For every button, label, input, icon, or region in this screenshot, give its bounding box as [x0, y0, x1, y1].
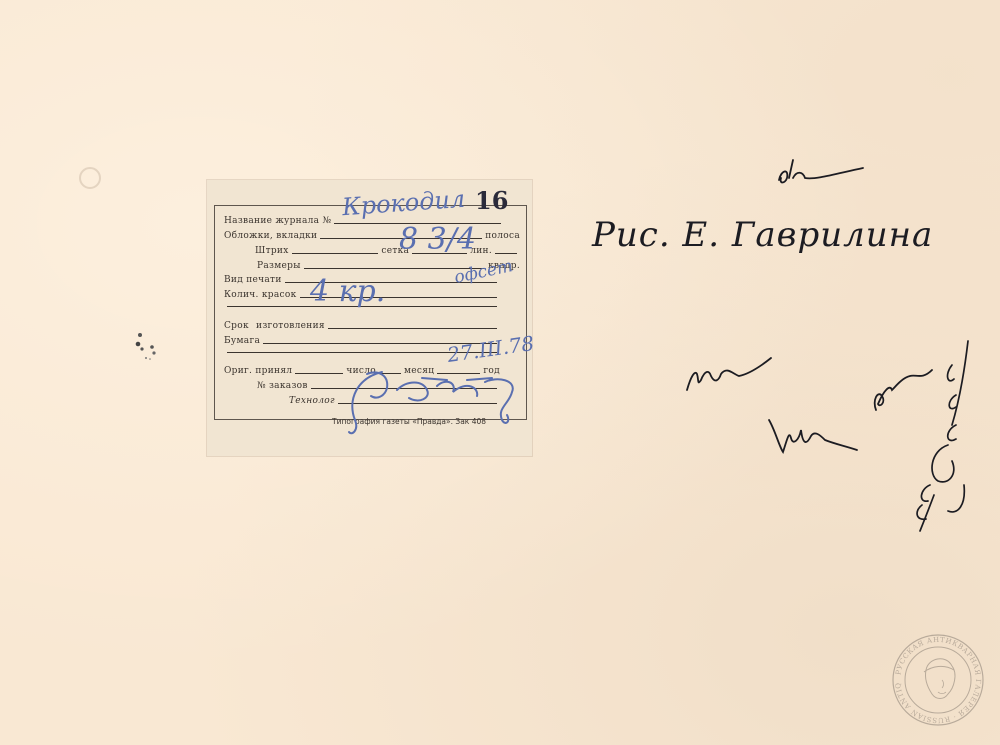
label-sizes: Размеры	[257, 261, 301, 271]
row-line-art: Штрих сетка лин.	[255, 246, 520, 256]
label-deadline: Срок изготовления	[224, 321, 325, 331]
label-line-art: Штрих	[255, 246, 289, 256]
row-deadline: Срок изготовления	[224, 321, 500, 331]
svg-text:РУССКАЯ АНТИКВАРНАЯ ГАЛЕРЕЯ ·: РУССКАЯ АНТИКВАРНАЯ ГАЛЕРЕЯ · RUSSIAN AN…	[888, 630, 982, 724]
handwritten-issue-number: 16	[475, 186, 508, 215]
initials-mark-3	[765, 400, 865, 460]
label-order-number: № заказов	[257, 381, 308, 391]
handwritten-color-count: 4 кр.	[310, 274, 385, 309]
artist-caption: Рис. Е. Гаврилина	[592, 215, 933, 255]
vertical-signature	[908, 335, 978, 535]
label-covers: Обложки, вкладки	[224, 231, 317, 241]
ink-specks	[128, 325, 168, 365]
fill-line	[328, 327, 497, 329]
fill-line	[495, 252, 517, 254]
label-original-received: Ориг. принял	[224, 366, 292, 376]
gallery-stamp: РУССКАЯ АНТИКВАРНАЯ ГАЛЕРЕЯ · RUSSIAN AN…	[888, 630, 988, 730]
initials-mark-1	[775, 150, 865, 190]
label-magazine-title: Название журнала №	[224, 216, 331, 226]
paper-stain	[79, 167, 101, 189]
technologist-signature	[327, 360, 537, 440]
label-paper: Бумага	[224, 336, 260, 346]
label-colors: Колич. красок	[224, 290, 297, 300]
paper-sheet: Название журнала № Обложки, вкладки поло…	[0, 0, 1000, 745]
printing-order-label: Название журнала № Обложки, вкладки поло…	[207, 180, 532, 456]
initials-mark-2	[683, 340, 773, 400]
handwritten-strip-count: 8 3/4	[399, 222, 476, 257]
label-strip: полоса	[485, 231, 520, 241]
fill-line	[292, 252, 379, 254]
label-print-type: Вид печати	[224, 275, 282, 285]
